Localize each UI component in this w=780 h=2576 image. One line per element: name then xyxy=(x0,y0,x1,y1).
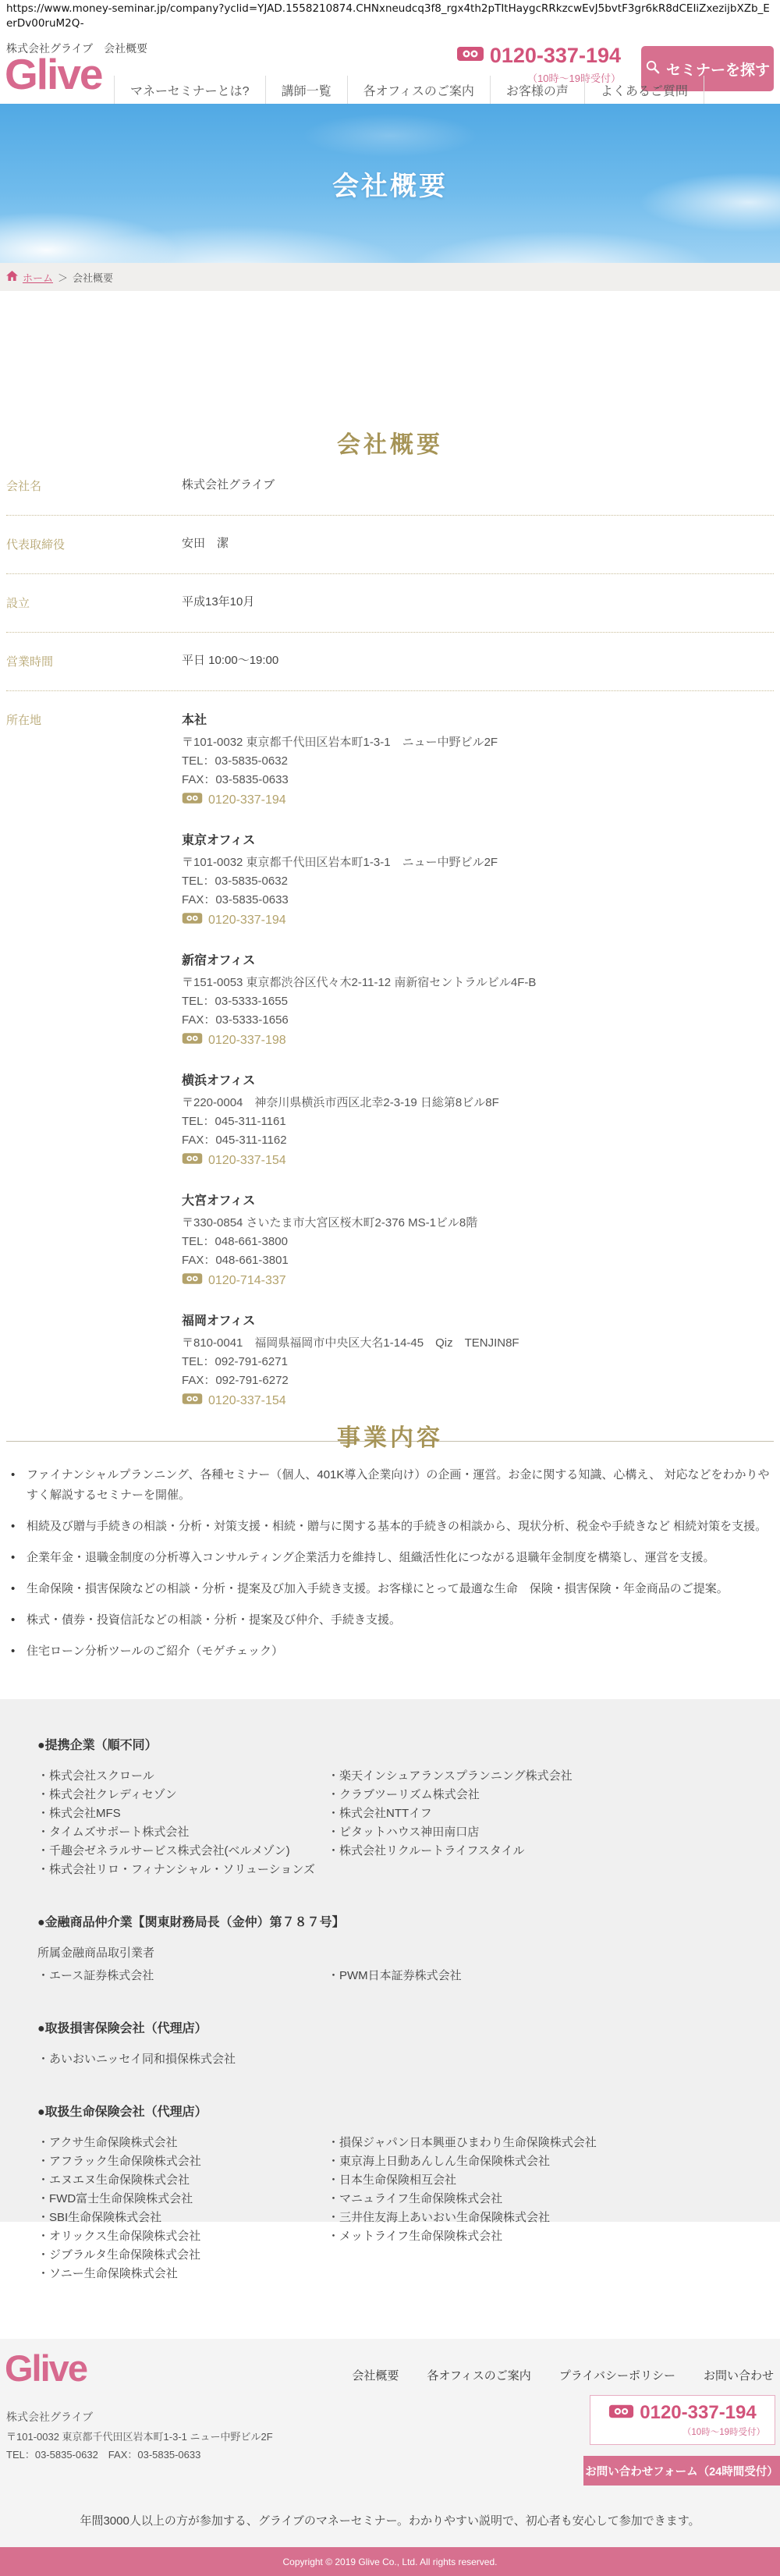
table-row-location: 所在地 本社 〒101-0032 東京都千代田区岩本町1-3-1 ニュー中野ビル… xyxy=(6,691,774,1442)
office-freedial[interactable]: 0120-337-194 xyxy=(182,791,774,809)
office-freedial[interactable]: 0120-337-198 xyxy=(182,1031,774,1049)
partner-item: ・株式会社リクルートライフスタイル xyxy=(328,1842,743,1861)
freedial-icon xyxy=(182,791,203,809)
life-item: ・三井住友海上あいおい生命保険株式会社 xyxy=(328,2209,743,2227)
row-value-founded: 平成13年10月 xyxy=(182,593,774,611)
hero-title: 会社概要 xyxy=(332,165,448,203)
business-heading: 事業内容 xyxy=(0,1418,780,1453)
row-label-hours: 営業時間 xyxy=(6,651,182,669)
nonlife-section: ●取扱損害保険会社（代理店） ・あいおいニッセイ同和損保株式会社 xyxy=(37,2018,743,2069)
footer-logo[interactable]: Glive xyxy=(5,2350,87,2386)
life-heading: ●取扱生命保険会社（代理店） xyxy=(37,2102,743,2120)
nav-item-about-seminar[interactable]: マネーセミナーとは? xyxy=(114,76,266,105)
business-item: 生命保険・損害保険などの相談・分析・提案及び加入手続き支援。お客様にとって最適な… xyxy=(6,1579,774,1599)
partner-item: ・クラブツーリズム株式会社 xyxy=(328,1786,743,1804)
footer: Glive 会社概要 各オフィスのご案内 プライバシーポリシー お問い合わせ 株… xyxy=(0,2339,780,2547)
freedial-icon xyxy=(182,1392,203,1410)
office-tel: TEL：03-5333-1655 xyxy=(182,994,774,1009)
partner-item: ・株式会社MFS xyxy=(37,1804,328,1823)
overview-table: 会社名 株式会社グライブ 代表取締役 安田 潔 設立 平成13年10月 営業時間… xyxy=(6,457,774,1442)
office-fukuoka: 福岡オフィス 〒810-0041 福岡県福岡市中央区大名1-14-45 Qiz … xyxy=(182,1311,774,1410)
office-tel: TEL：03-5835-0632 xyxy=(182,754,774,768)
footer-nav-company[interactable]: 会社概要 xyxy=(352,2367,399,2383)
life-item: ・日本生命保険相互会社 xyxy=(328,2171,743,2190)
office-freedial[interactable]: 0120-337-154 xyxy=(182,1392,774,1410)
partner-item: ・株式会社リロ・フィナンシャル・ソリューションズ xyxy=(37,1861,328,1879)
office-name: 新宿オフィス xyxy=(182,950,774,968)
office-fax: FAX：045-311-1162 xyxy=(182,1133,774,1148)
partner-item: ・タイムズサポート株式会社 xyxy=(37,1823,328,1842)
office-fax: FAX：092-791-6272 xyxy=(182,1373,774,1388)
office-address: 〒810-0041 福岡県福岡市中央区大名1-14-45 Qiz TENJIN8… xyxy=(182,1336,774,1350)
office-tel: TEL：048-661-3800 xyxy=(182,1234,774,1249)
table-row: 営業時間 平日 10:00～19:00 xyxy=(6,633,774,691)
office-tel: TEL：092-791-6271 xyxy=(182,1354,774,1369)
office-tokyo: 東京オフィス 〒101-0032 東京都千代田区岩本町1-3-1 ニュー中野ビル… xyxy=(182,830,774,929)
office-name: 東京オフィス xyxy=(182,830,774,848)
life-item: ・損保ジャパン日本興亜ひまわり生命保険株式会社 xyxy=(328,2134,743,2152)
breadcrumb-home-link[interactable]: ホーム xyxy=(23,270,53,285)
partner-item: ・株式会社NTTイフ xyxy=(328,1804,743,1823)
overview-heading: 会社概要 xyxy=(0,425,780,459)
office-omiya: 大宮オフィス 〒330-0854 さいたま市大宮区桜木町2-376 MS-1ビル… xyxy=(182,1190,774,1290)
office-shinjuku: 新宿オフィス 〒151-0053 東京都渋谷区代々木2-11-12 南新宿セント… xyxy=(182,950,774,1049)
life-item: ・マニュライフ生命保険株式会社 xyxy=(328,2190,743,2209)
page-url-note: https://www.money-seminar.jp/company?ycl… xyxy=(6,2,774,31)
office-freedial[interactable]: 0120-714-337 xyxy=(182,1272,774,1290)
table-row: 設立 平成13年10月 xyxy=(6,574,774,633)
partner-item: ・千趣会ゼネラルサービス株式会社(ベルメゾン) xyxy=(37,1842,328,1861)
office-fax: FAX：048-661-3801 xyxy=(182,1253,774,1268)
office-fax: FAX：03-5333-1656 xyxy=(182,1013,774,1027)
row-value-hours: 平日 10:00～19:00 xyxy=(182,651,774,669)
footer-phone-box[interactable]: 0120-337-194 （10時～19時受付） xyxy=(590,2395,775,2445)
partner-item: ・株式会社スクロール xyxy=(37,1767,328,1786)
nonlife-item: ・あいおいニッセイ同和損保株式会社 xyxy=(37,2050,743,2069)
office-freedial-number[interactable]: 0120-337-194 xyxy=(208,914,286,928)
footer-nav-contact[interactable]: お問い合わせ xyxy=(704,2367,774,2383)
brokerage-note: 所属金融商品取引業者 xyxy=(37,1944,743,1960)
copyright-bar: Copyright © 2019 Glive Co., Ltd. All rig… xyxy=(0,2547,780,2576)
office-yokohama: 横浜オフィス 〒220-0004 神奈川県横浜市西区北幸2-3-19 日総第8ビ… xyxy=(182,1070,774,1169)
life-item: ・ソニー生命保険株式会社 xyxy=(37,2265,328,2283)
business-item: 相続及び贈与手続きの相談・分析・対策支援・相続・贈与に関する基本的手続きの相談か… xyxy=(6,1517,774,1537)
row-label-location: 所在地 xyxy=(6,710,182,1410)
office-address: 〒101-0032 東京都千代田区岩本町1-3-1 ニュー中野ビル2F xyxy=(182,855,774,870)
office-freedial-number[interactable]: 0120-337-154 xyxy=(208,1154,286,1168)
business-item: 株式・債券・投資信託などの相談・分析・提案及び仲介、手続き支援。 xyxy=(6,1610,774,1630)
life-item: ・東京海上日動あんしん生命保険株式会社 xyxy=(328,2152,743,2171)
office-tel: TEL：045-311-1161 xyxy=(182,1114,774,1129)
freedial-icon xyxy=(182,1151,203,1169)
business-item: 企業年金・退職金制度の分析導入コンサルティング企業活力を維持し、組織活性化につな… xyxy=(6,1548,774,1568)
nav-item-offices[interactable]: 各オフィスのご案内 xyxy=(348,76,491,105)
hero-banner: 会社概要 xyxy=(0,104,780,263)
office-name: 福岡オフィス xyxy=(182,1311,774,1329)
office-freedial-number[interactable]: 0120-337-198 xyxy=(208,1034,286,1048)
footer-nav: 会社概要 各オフィスのご案内 プライバシーポリシー お問い合わせ xyxy=(352,2367,774,2383)
breadcrumb-divider: ＞ xyxy=(58,270,68,285)
life-item: ・アフラック生命保険株式会社 xyxy=(37,2152,328,2171)
office-fax: FAX：03-5835-0633 xyxy=(182,772,774,787)
row-label-founded: 設立 xyxy=(6,593,182,611)
life-item: ・アクサ生命保険株式会社 xyxy=(37,2134,328,2152)
nav-item-lecturers[interactable]: 講師一覧 xyxy=(266,76,348,105)
life-item: ・ジブラルタ生命保険株式会社 xyxy=(37,2246,328,2265)
freedial-icon xyxy=(456,44,484,67)
footer-phone-hours: （10時～19時受付） xyxy=(600,2425,765,2438)
freedial-icon xyxy=(608,2403,634,2424)
life-item: ・オリックス生命保険株式会社 xyxy=(37,2227,328,2246)
footer-nav-privacy[interactable]: プライバシーポリシー xyxy=(559,2367,675,2383)
nav-item-voices[interactable]: お客様の声 xyxy=(491,76,585,105)
life-item: ・FWD富士生命保険株式会社 xyxy=(37,2190,328,2209)
life-item: ・エヌエヌ生命保険株式会社 xyxy=(37,2171,328,2190)
brokerage-item: ・エース証券株式会社 xyxy=(37,1967,328,1985)
header-phone-number[interactable]: 0120-337-194 xyxy=(490,44,621,68)
footer-tel-fax: TEL：03-5835-0632 FAX：03-5835-0633 xyxy=(6,2446,200,2461)
office-freedial-number[interactable]: 0120-337-194 xyxy=(208,793,286,807)
partners-box: ●提携企業（順不同） ・株式会社スクロール ・株式会社クレディセゾン ・株式会社… xyxy=(0,1699,780,2222)
office-freedial[interactable]: 0120-337-154 xyxy=(182,1151,774,1169)
business-item: ファイナンシャルプランニング、各種セミナー（個人、401K導入企業向け）の企画・… xyxy=(6,1465,774,1506)
nonlife-heading: ●取扱損害保険会社（代理店） xyxy=(37,2018,743,2036)
office-freedial[interactable]: 0120-337-194 xyxy=(182,911,774,929)
life-section: ●取扱生命保険会社（代理店） ・アクサ生命保険株式会社 ・アフラック生命保険株式… xyxy=(37,2102,743,2283)
breadcrumb-current: 会社概要 xyxy=(73,270,113,285)
row-label-ceo: 代表取締役 xyxy=(6,534,182,552)
site-logo[interactable]: Glive xyxy=(5,53,102,96)
freedial-icon xyxy=(182,911,203,929)
partner-item: ・株式会社クレディセゾン xyxy=(37,1786,328,1804)
row-label-company: 会社名 xyxy=(6,476,182,494)
office-name: 本社 xyxy=(182,710,774,728)
office-freedial-number[interactable]: 0120-714-337 xyxy=(208,1274,286,1288)
nav-item-faq[interactable]: よくあるご質問 xyxy=(585,76,704,105)
home-icon xyxy=(6,271,18,283)
office-list: 本社 〒101-0032 東京都千代田区岩本町1-3-1 ニュー中野ビル2F T… xyxy=(182,710,774,1410)
table-row: 会社名 株式会社グライブ xyxy=(6,457,774,516)
footer-address: 〒101-0032 東京都千代田区岩本町1-3-1 ニュー中野ビル2F xyxy=(6,2429,273,2443)
footer-phone-number[interactable]: 0120-337-194 xyxy=(640,2402,756,2424)
row-value-company: 株式会社グライブ xyxy=(182,476,774,494)
brokerage-heading: ●金融商品仲介業【関東財務局長（金仲）第７８７号】 xyxy=(37,1912,743,1930)
business-list: ファイナンシャルプランニング、各種セミナー（個人、401K導入企業向け）の企画・… xyxy=(6,1465,774,1673)
main-nav: マネーセミナーとは? 講師一覧 各オフィスのご案内 お客様の声 よくあるご質問 xyxy=(114,76,704,105)
copyright-text: Copyright © 2019 Glive Co., Ltd. All rig… xyxy=(283,2556,498,2567)
office-tel: TEL：03-5835-0632 xyxy=(182,874,774,889)
partners-heading: ●提携企業（順不同） xyxy=(37,1735,743,1753)
breadcrumb: ホーム ＞ 会社概要 xyxy=(0,263,780,291)
contact-form-button[interactable]: お問い合わせフォーム（24時間受付） xyxy=(583,2456,780,2486)
table-row: 代表取締役 安田 潔 xyxy=(6,516,774,574)
office-freedial-number[interactable]: 0120-337-154 xyxy=(208,1394,286,1408)
office-name: 大宮オフィス xyxy=(182,1190,774,1208)
partners-section: ●提携企業（順不同） ・株式会社スクロール ・株式会社クレディセゾン ・株式会社… xyxy=(37,1735,743,1879)
freedial-icon xyxy=(182,1272,203,1290)
brokerage-section: ●金融商品仲介業【関東財務局長（金仲）第７８７号】 所属金融商品取引業者 ・エー… xyxy=(37,1912,743,1985)
freedial-icon xyxy=(182,1031,203,1049)
office-fax: FAX：03-5835-0633 xyxy=(182,892,774,907)
footer-tagline: 年間3000人以上の方が参加する、グライブのマネーセミナー。わかりやすい説明で、… xyxy=(0,2512,780,2528)
office-address: 〒220-0004 神奈川県横浜市西区北幸2-3-19 日総第8ビル8F xyxy=(182,1095,774,1110)
brokerage-item: ・PWM日本証券株式会社 xyxy=(328,1967,743,1985)
office-address: 〒151-0053 東京都渋谷区代々木2-11-12 南新宿セントラルビル4F-… xyxy=(182,975,774,990)
footer-nav-offices[interactable]: 各オフィスのご案内 xyxy=(427,2367,530,2383)
life-item: ・SBI生命保険株式会社 xyxy=(37,2209,328,2227)
office-address: 〒330-0854 さいたま市大宮区桜木町2-376 MS-1ビル8階 xyxy=(182,1215,774,1230)
office-honsha: 本社 〒101-0032 東京都千代田区岩本町1-3-1 ニュー中野ビル2F T… xyxy=(182,710,774,809)
life-item: ・メットライフ生命保険株式会社 xyxy=(328,2227,743,2246)
row-value-ceo: 安田 潔 xyxy=(182,534,774,552)
partner-item: ・ピタットハウス神田南口店 xyxy=(328,1823,743,1842)
business-item: 住宅ローン分析ツールのご紹介（モゲチェック） xyxy=(6,1641,774,1662)
office-name: 横浜オフィス xyxy=(182,1070,774,1088)
partner-item: ・楽天インシュアランスプランニング株式会社 xyxy=(328,1767,743,1786)
footer-company-name: 株式会社グライブ xyxy=(6,2409,93,2425)
office-address: 〒101-0032 東京都千代田区岩本町1-3-1 ニュー中野ビル2F xyxy=(182,735,774,750)
